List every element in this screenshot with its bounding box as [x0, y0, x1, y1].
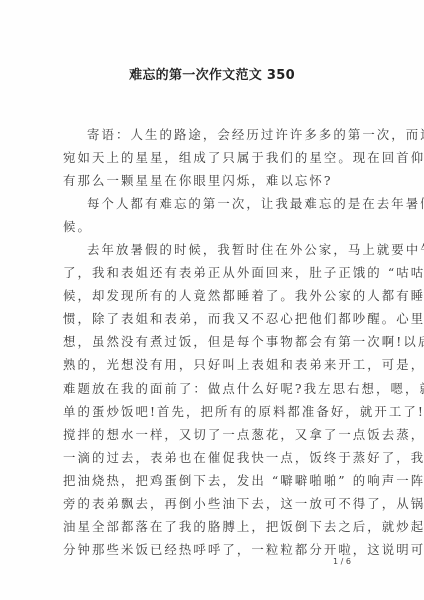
body-line: 每个人都有难忘的第一次，让我最难忘的是在去年暑假的是时: [63, 192, 361, 215]
body-line: 难题放在我的面前了：做点什么好呢?我左思右想，嗯，就做个最简: [63, 377, 361, 400]
body-line: 惯，除了表姐和表弟，而我又不忍心把他们都吵醒。心里想了又: [63, 307, 361, 330]
body-line: 宛如天上的星星，组成了只属于我们的星空。现在回首仰望，是否: [63, 146, 361, 169]
body-line: 候。: [63, 215, 361, 238]
body-line: 有那么一颗星星在你眼里闪烁，难以忘怀?: [63, 169, 361, 192]
essay-body: 寄语：人生的路途，会经历过许许多多的第一次，而这些经历 宛如天上的星星，组成了只…: [63, 123, 361, 561]
body-line: 旁的表弟飘去，再倒小些油下去，这一放可不得了，从锅中溅出的: [63, 492, 361, 515]
body-line: 寄语：人生的路途，会经历过许许多多的第一次，而这些经历: [63, 123, 361, 146]
body-line: 分钟那些米饭已经热呼呼了，一粒粒都分开啦，这说明可以放鸡蛋: [63, 538, 361, 561]
body-line: 油星全部都落在了我的胳膊上，把饭倒下去之后，就炒起来炒了几: [63, 515, 361, 538]
body-line: 搅拌的想水一样，又切了一点葱花，又拿了一点饭去蒸，时间一点: [63, 423, 361, 446]
body-line: 一滴的过去，表弟也在催促我快一点，饭终于蒸好了，我打开锅，: [63, 446, 361, 469]
body-line: 去年放暑假的时候，我暂时住在外公家，马上就要中午 12 点: [63, 238, 361, 261]
body-line: 想，虽然没有煮过饭，但是每个事物都会有第一次啊!以后才会慢慢: [63, 330, 361, 353]
body-line: 单的蛋炒饭吧!首先，把所有的原料都准备好，就开工了!我把鸡蛋: [63, 400, 361, 423]
body-line: 把油烧热，把鸡蛋倒下去，发出 “噼噼啪啪” 的响声一阵香气往一: [63, 469, 361, 492]
body-line: 了，我和表姐还有表弟正从外面回来，肚子正饿的 “咕咕” 叫的时: [63, 261, 361, 284]
document-title: 难忘的第一次作文范文 350: [0, 64, 424, 83]
document-page: 难忘的第一次作文范文 350 寄语：人生的路途，会经历过许许多多的第一次，而这些…: [0, 0, 424, 600]
body-line: 候，却发现所有的人竟然都睡着了。我外公家的人都有睡午觉的习: [63, 284, 361, 307]
body-line: 熟的，光想没有用，只好叫上表姐和表弟来开工，可是，又有一道: [63, 353, 361, 376]
page-number: 1 / 6: [333, 557, 351, 566]
